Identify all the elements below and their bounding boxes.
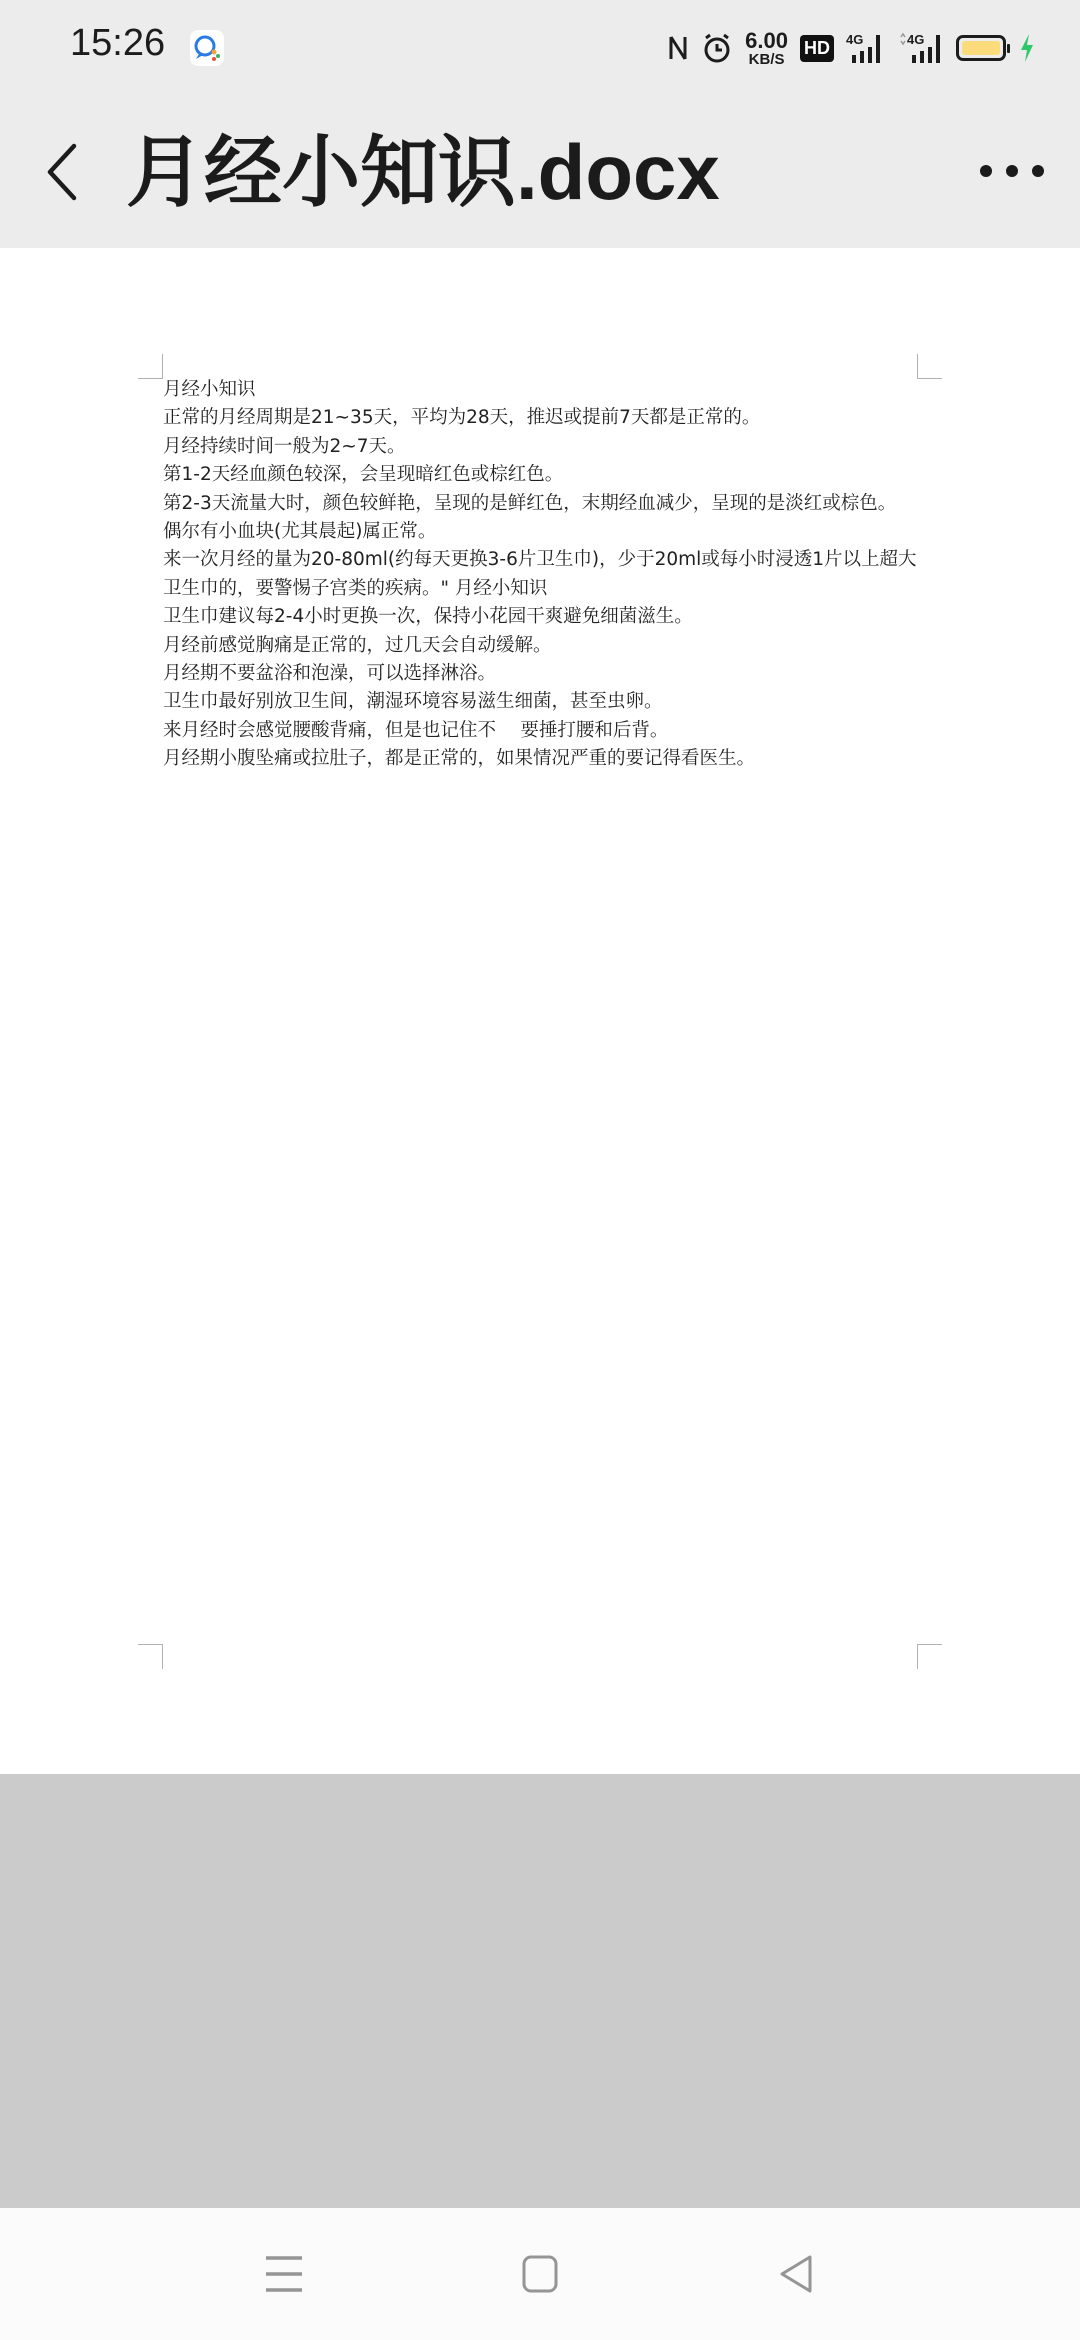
doc-paragraph: 月经持续时间一般为2~7天。: [163, 433, 923, 461]
nfc-icon: [667, 33, 689, 63]
doc-paragraph: 月经期不要盆浴和泡澡，可以选择淋浴。: [163, 660, 923, 688]
more-dot-icon: [1006, 165, 1018, 177]
chat-app-notification-icon: [190, 30, 224, 66]
page-margin-corner-bottom-right: [917, 1644, 942, 1669]
signal-4g-icon: 4G: [846, 31, 886, 65]
doc-paragraph: 来月经时会感觉腰酸背痛，但是也记住不 要捶打腰和后背。: [163, 717, 923, 745]
doc-paragraph: 卫生巾建议每2-4小时更换一次，保持小花园干爽避免细菌滋生。: [163, 603, 923, 631]
doc-paragraph: 来一次月经的量为20-80ml(约每天更换3-6片卫生巾)，少于20ml或每小时…: [163, 546, 923, 603]
doc-paragraph: 卫生巾最好别放卫生间，潮湿环境容易滋生细菌，甚至虫卵。: [163, 688, 923, 716]
doc-paragraph: 偶尔有小血块(尤其晨起)属正常。: [163, 518, 923, 546]
recent-apps-button[interactable]: [262, 2252, 306, 2296]
hd-voice-icon: HD: [800, 35, 834, 62]
back-button[interactable]: [40, 136, 84, 208]
doc-paragraph: 月经小知识: [163, 376, 923, 404]
doc-paragraph: 月经前感觉胸痛是正常的，过几天会自动缓解。: [163, 632, 923, 660]
document-title: 月经小知识.docx: [126, 124, 720, 220]
chevron-left-icon: [40, 136, 84, 208]
alarm-icon: [701, 32, 733, 64]
menu-icon: [262, 2252, 306, 2296]
network-speed: 6.00 KB/S: [745, 30, 788, 67]
system-back-button[interactable]: [774, 2252, 818, 2296]
charging-icon: [1018, 32, 1036, 64]
status-icons: 6.00 KB/S HD 4G 4G: [667, 26, 1036, 70]
svg-text:4G: 4G: [846, 32, 863, 47]
doc-paragraph: 月经期小腹坠痛或拉肚子，都是正常的，如果情况严重的要记得看医生。: [163, 745, 923, 773]
status-bar: 15:26 6.00 KB/S HD 4G 4G: [0, 0, 1080, 96]
more-options-button[interactable]: [980, 156, 1044, 186]
app-bar: 月经小知识.docx: [0, 96, 1080, 248]
status-time: 15:26: [70, 22, 165, 65]
svg-text:4G: 4G: [907, 32, 924, 47]
page-margin-corner-top-left: [138, 354, 163, 379]
more-dot-icon: [980, 165, 992, 177]
system-navigation-bar: [0, 2208, 1080, 2340]
document-page[interactable]: 月经小知识 正常的月经周期是21~35天，平均为28天，推迟或提前7天都是正常的…: [0, 248, 1080, 1774]
document-viewer-background: [0, 1774, 1080, 2208]
doc-paragraph: 第1-2天经血颜色较深，会呈现暗红色或棕红色。: [163, 461, 923, 489]
home-button[interactable]: [518, 2252, 562, 2296]
page-margin-corner-bottom-left: [138, 1644, 163, 1669]
battery-icon: [956, 35, 1006, 61]
doc-paragraph: 正常的月经周期是21~35天，平均为28天，推迟或提前7天都是正常的。: [163, 404, 923, 432]
more-dot-icon: [1032, 165, 1044, 177]
document-body: 月经小知识 正常的月经周期是21~35天，平均为28天，推迟或提前7天都是正常的…: [163, 376, 923, 774]
doc-paragraph: 第2-3天流量大时，颜色较鲜艳，呈现的是鲜红色，末期经血减少，呈现的是淡红或棕色…: [163, 490, 923, 518]
home-square-icon: [518, 2252, 562, 2296]
signal-4g-secondary-icon: 4G: [898, 31, 944, 65]
back-triangle-icon: [774, 2252, 818, 2296]
